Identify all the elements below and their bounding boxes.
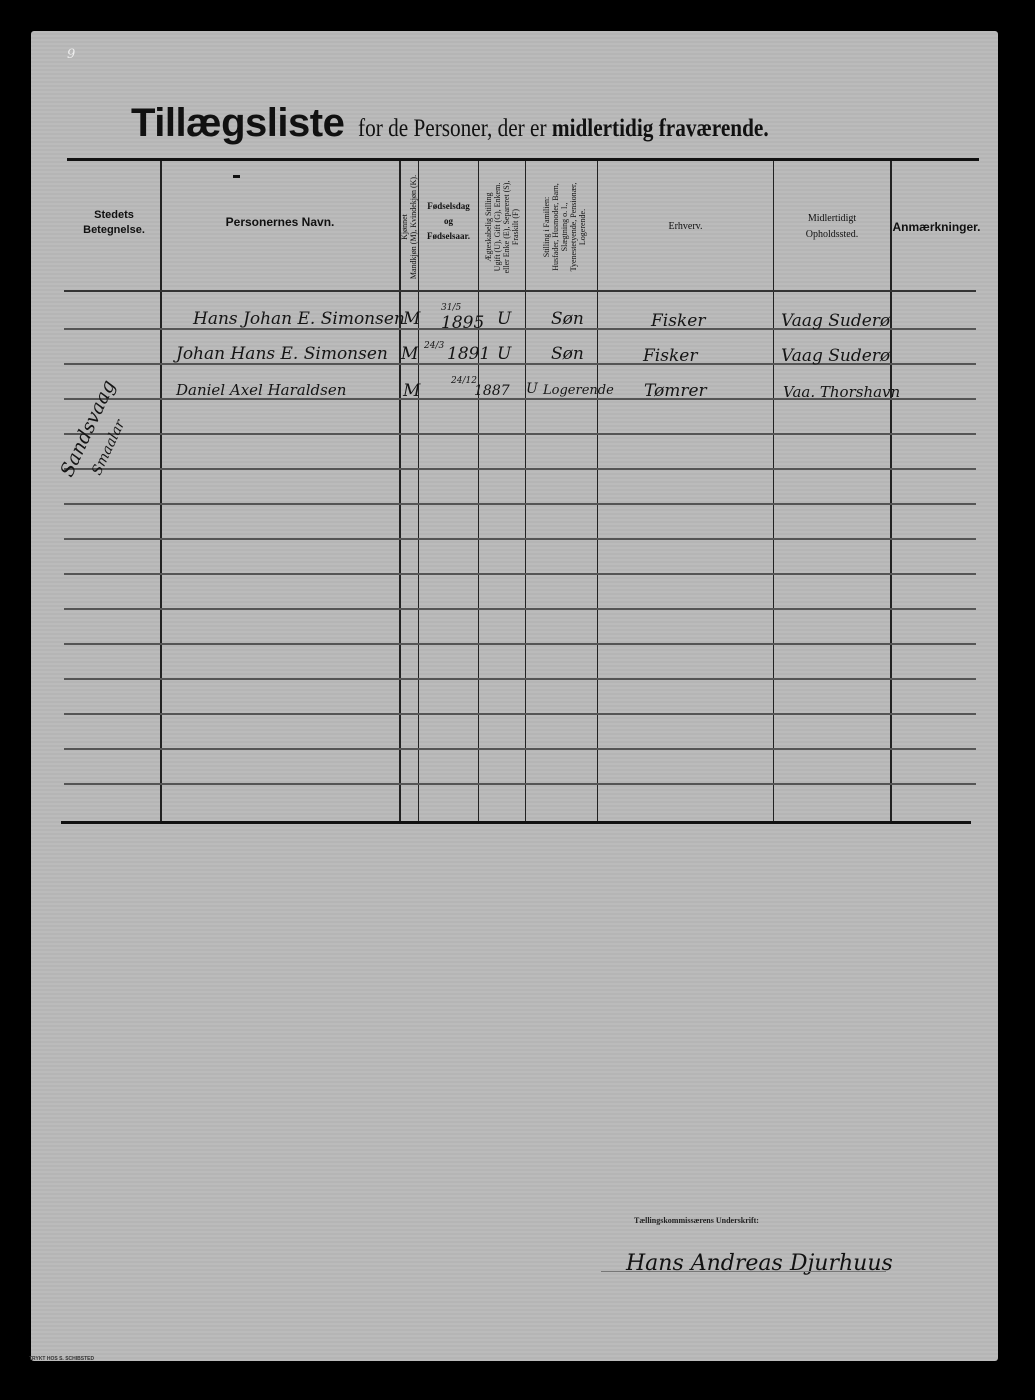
header-family: Stilling i Familien: Husfader, Husmoder,… (542, 167, 590, 287)
col-divider (525, 161, 526, 823)
dash-mark (233, 175, 240, 178)
header-sex: Kjønnet Mandkjøn (M), Kvindekjøn (K). (400, 173, 418, 281)
row-family: Søn (551, 344, 584, 364)
row-family: Logerende (543, 383, 614, 398)
row-marital: U (497, 309, 511, 329)
row-marital: U (497, 344, 511, 364)
col-divider (418, 161, 419, 823)
row-residence: Vaag Suderø (781, 311, 890, 331)
row-marital: U (526, 381, 538, 397)
row-line (64, 538, 976, 540)
row-line (64, 573, 976, 575)
top-rule (67, 158, 979, 161)
row-line (64, 713, 976, 715)
col-divider (478, 161, 479, 823)
row-birth-year: 1887 (474, 383, 510, 399)
row-birth-year: 1895 (441, 313, 484, 333)
row-name: Johan Hans E. Simonsen (176, 344, 388, 364)
row-birth-day: 31/5 (441, 303, 461, 313)
header-remarks: Anmærkninger. (889, 220, 984, 234)
header-birth: Fødselsdag og Fødselsaar. (419, 199, 478, 244)
row-occupation: Fisker (651, 311, 705, 331)
header-residence: Midlertidigt Opholdssted. (774, 211, 890, 243)
header-name: Personernes Navn. (161, 215, 399, 229)
row-sex: M (403, 309, 420, 329)
row-residence: Vaag Suderø (781, 346, 890, 366)
row-occupation: Tømrer (644, 381, 707, 401)
title-main: Tillægsliste (131, 101, 344, 145)
header-divider (64, 290, 976, 292)
signature-label: Tællingskommissærens Underskrift: (634, 1216, 759, 1225)
row-line (64, 678, 976, 680)
row-name: Hans Johan E. Simonsen (193, 309, 405, 329)
signature-line (601, 1271, 886, 1272)
form-title: Tillægsliste for de Personer, der er mid… (131, 101, 841, 146)
row-sex: M (401, 344, 418, 364)
row-line (64, 503, 976, 505)
col-divider (160, 161, 162, 823)
row-line (64, 748, 976, 750)
printer-mark: TRYKT HOS S. SCHIBSTED (29, 1356, 94, 1362)
signature: Hans Andreas Djurhuus (626, 1251, 893, 1276)
row-line (64, 468, 976, 470)
col-divider (773, 161, 774, 823)
census-form: 9 Tillægsliste for de Personer, der er m… (31, 31, 998, 1361)
row-line (64, 433, 976, 435)
row-sex: M (403, 381, 420, 401)
corner-mark: 9 (67, 47, 75, 62)
row-birth-day: 24/3 (424, 341, 444, 351)
bottom-rule (61, 821, 971, 824)
header-marital: Ægteskabelig Stilling Ugift (U), Gift (G… (484, 172, 524, 282)
row-line (64, 643, 976, 645)
header-occupation: Erhverv. (598, 221, 773, 232)
title-sub: for de Personer, der er midlertidig frav… (358, 115, 769, 143)
header-place: Stedets Betegnelse. (69, 208, 159, 238)
row-family: Søn (551, 309, 584, 329)
row-birth-year: 1891 (447, 344, 490, 364)
col-divider (597, 161, 598, 823)
row-occupation: Fisker (643, 346, 697, 366)
row-residence: Vaa. Thorshavn (783, 383, 900, 401)
row-line (64, 783, 976, 785)
row-name: Daniel Axel Haraldsen (176, 381, 346, 399)
row-line (64, 608, 976, 610)
col-divider (890, 161, 892, 823)
